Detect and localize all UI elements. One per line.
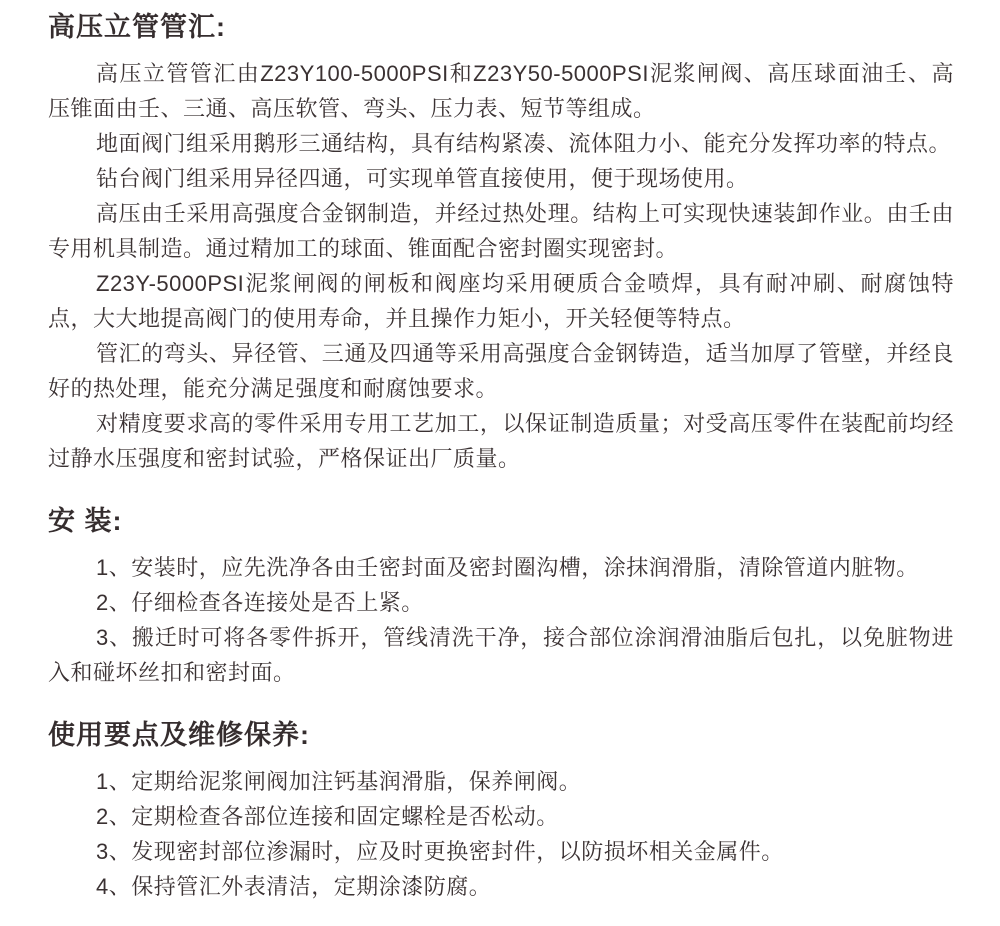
maintenance-item-2: 2、定期检查各部位连接和固定螺栓是否松动。 (48, 799, 954, 834)
overview-paragraph-ground-valve-group: 地面阀门组采用鹅形三通结构，具有结构紧凑、流体阻力小、能充分发挥功率的特点。 (48, 126, 954, 161)
installation-step-2: 2、仔细检查各连接处是否上紧。 (48, 585, 954, 620)
section-overview-heading: 高压立管管汇: (48, 10, 954, 44)
document-body: 高压立管管汇: 高压立管管汇由Z23Y100-5000PSI和Z23Y50-50… (0, 0, 1000, 904)
maintenance-item-4: 4、保持管汇外表清洁，定期涂漆防腐。 (48, 869, 954, 904)
maintenance-item-1: 1、定期给泥浆闸阀加注钙基润滑脂，保养闸阀。 (48, 764, 954, 799)
installation-step-1: 1、安装时，应先洗净各由壬密封面及密封圈沟槽，涂抹润滑脂，清除管道内脏物。 (48, 550, 954, 585)
overview-paragraph-quality: 对精度要求高的零件采用专用工艺加工，以保证制造质量；对受高压零件在装配前均经过静… (48, 406, 954, 476)
section-overview: 高压立管管汇: 高压立管管汇由Z23Y100-5000PSI和Z23Y50-50… (48, 10, 954, 476)
section-usage-maintenance-heading: 使用要点及维修保养: (48, 718, 954, 752)
overview-paragraph-gate-valve: Z23Y-5000PSI泥浆闸阀的闸板和阀座均采用硬质合金喷焊，具有耐冲刷、耐腐… (48, 266, 954, 336)
overview-paragraph-drillfloor-valve-group: 钻台阀门组采用异径四通，可实现单管直接使用，便于现场使用。 (48, 161, 954, 196)
section-installation-heading: 安 装: (48, 504, 954, 538)
section-usage-maintenance: 使用要点及维修保养: 1、定期给泥浆闸阀加注钙基润滑脂，保养闸阀。 2、定期检查… (48, 718, 954, 904)
overview-paragraph-union-material: 高压由壬采用高强度合金钢制造，并经过热处理。结构上可实现快速装卸作业。由壬由专用… (48, 196, 954, 266)
section-installation: 安 装: 1、安装时，应先洗净各由壬密封面及密封圈沟槽，涂抹润滑脂，清除管道内脏… (48, 504, 954, 690)
maintenance-item-3: 3、发现密封部位渗漏时，应及时更换密封件，以防损坏相关金属件。 (48, 834, 954, 869)
overview-paragraph-components: 高压立管管汇由Z23Y100-5000PSI和Z23Y50-5000PSI泥浆闸… (48, 56, 954, 126)
installation-step-3: 3、搬迁时可将各零件拆开，管线清洗干净，接合部位涂润滑油脂后包扎，以免脏物进入和… (48, 620, 954, 690)
overview-paragraph-elbows-tees: 管汇的弯头、异径管、三通及四通等采用高强度合金钢铸造，适当加厚了管壁，并经良好的… (48, 336, 954, 406)
